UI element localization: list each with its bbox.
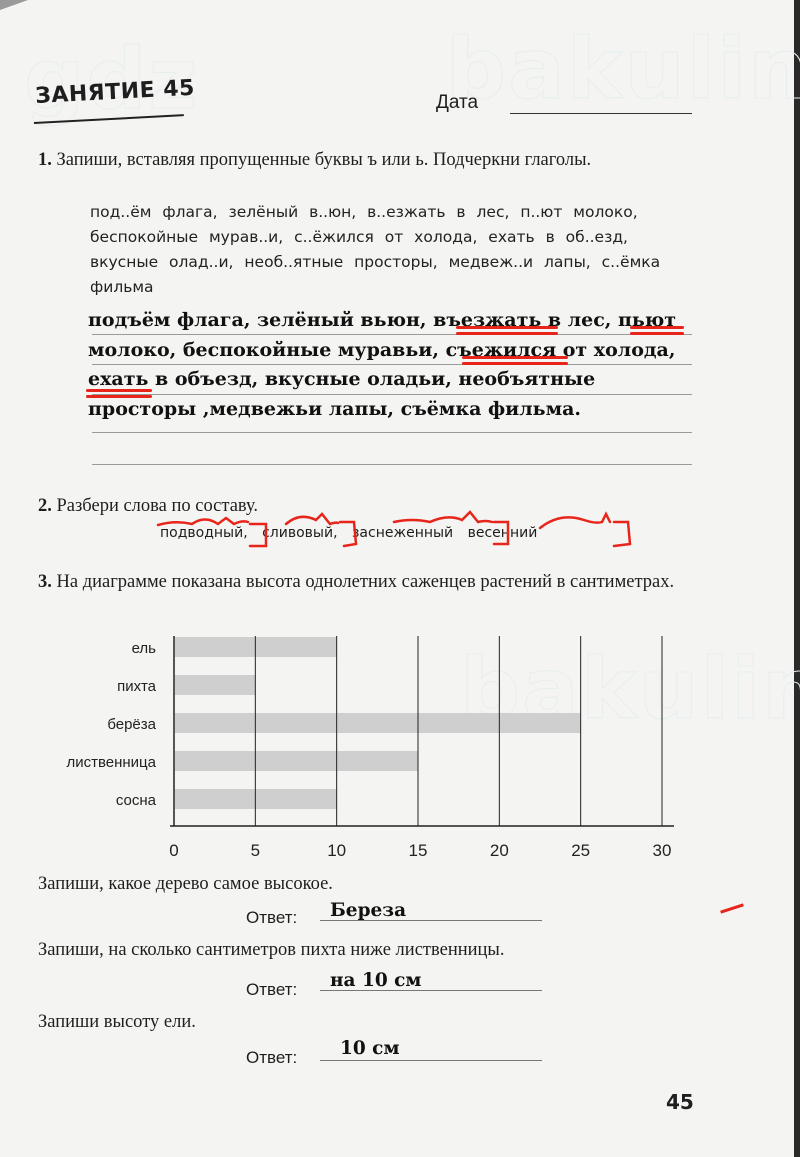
x-tick-label: 25: [571, 841, 590, 860]
bar: [175, 789, 337, 809]
answer-value-3: 10 см: [340, 1038, 400, 1059]
category-label: ель: [132, 640, 157, 657]
answer-label-3: Ответ:: [246, 1048, 297, 1068]
bar: [175, 713, 581, 733]
x-tick-label: 15: [409, 841, 428, 860]
x-tick-label: 0: [169, 841, 178, 860]
question-3: Запиши высоту ели.: [38, 1012, 196, 1033]
answer-value-2: на 10 см: [330, 970, 422, 991]
question-1: Запиши, какое дерево самое высокое.: [38, 874, 333, 895]
category-label: пихта: [117, 678, 157, 695]
category-label: лиственница: [66, 754, 156, 771]
category-label: сосна: [116, 792, 157, 809]
answer-value-1: Береза: [330, 900, 406, 921]
answer-label-2: Ответ:: [246, 980, 297, 1000]
x-tick-label: 20: [490, 841, 509, 860]
x-tick-label: 5: [251, 841, 260, 860]
answer-field-3[interactable]: [320, 1060, 542, 1061]
x-tick-label: 10: [327, 841, 346, 860]
page-number: 45: [666, 1090, 694, 1114]
bar: [175, 751, 418, 771]
answer-label-1: Ответ:: [246, 908, 297, 928]
question-2: Запиши, на сколько сантиметров пихта ниж…: [38, 940, 504, 961]
bar: [175, 637, 337, 657]
bar: [175, 675, 255, 695]
category-label: берёза: [107, 716, 156, 733]
x-tick-label: 30: [653, 841, 672, 860]
